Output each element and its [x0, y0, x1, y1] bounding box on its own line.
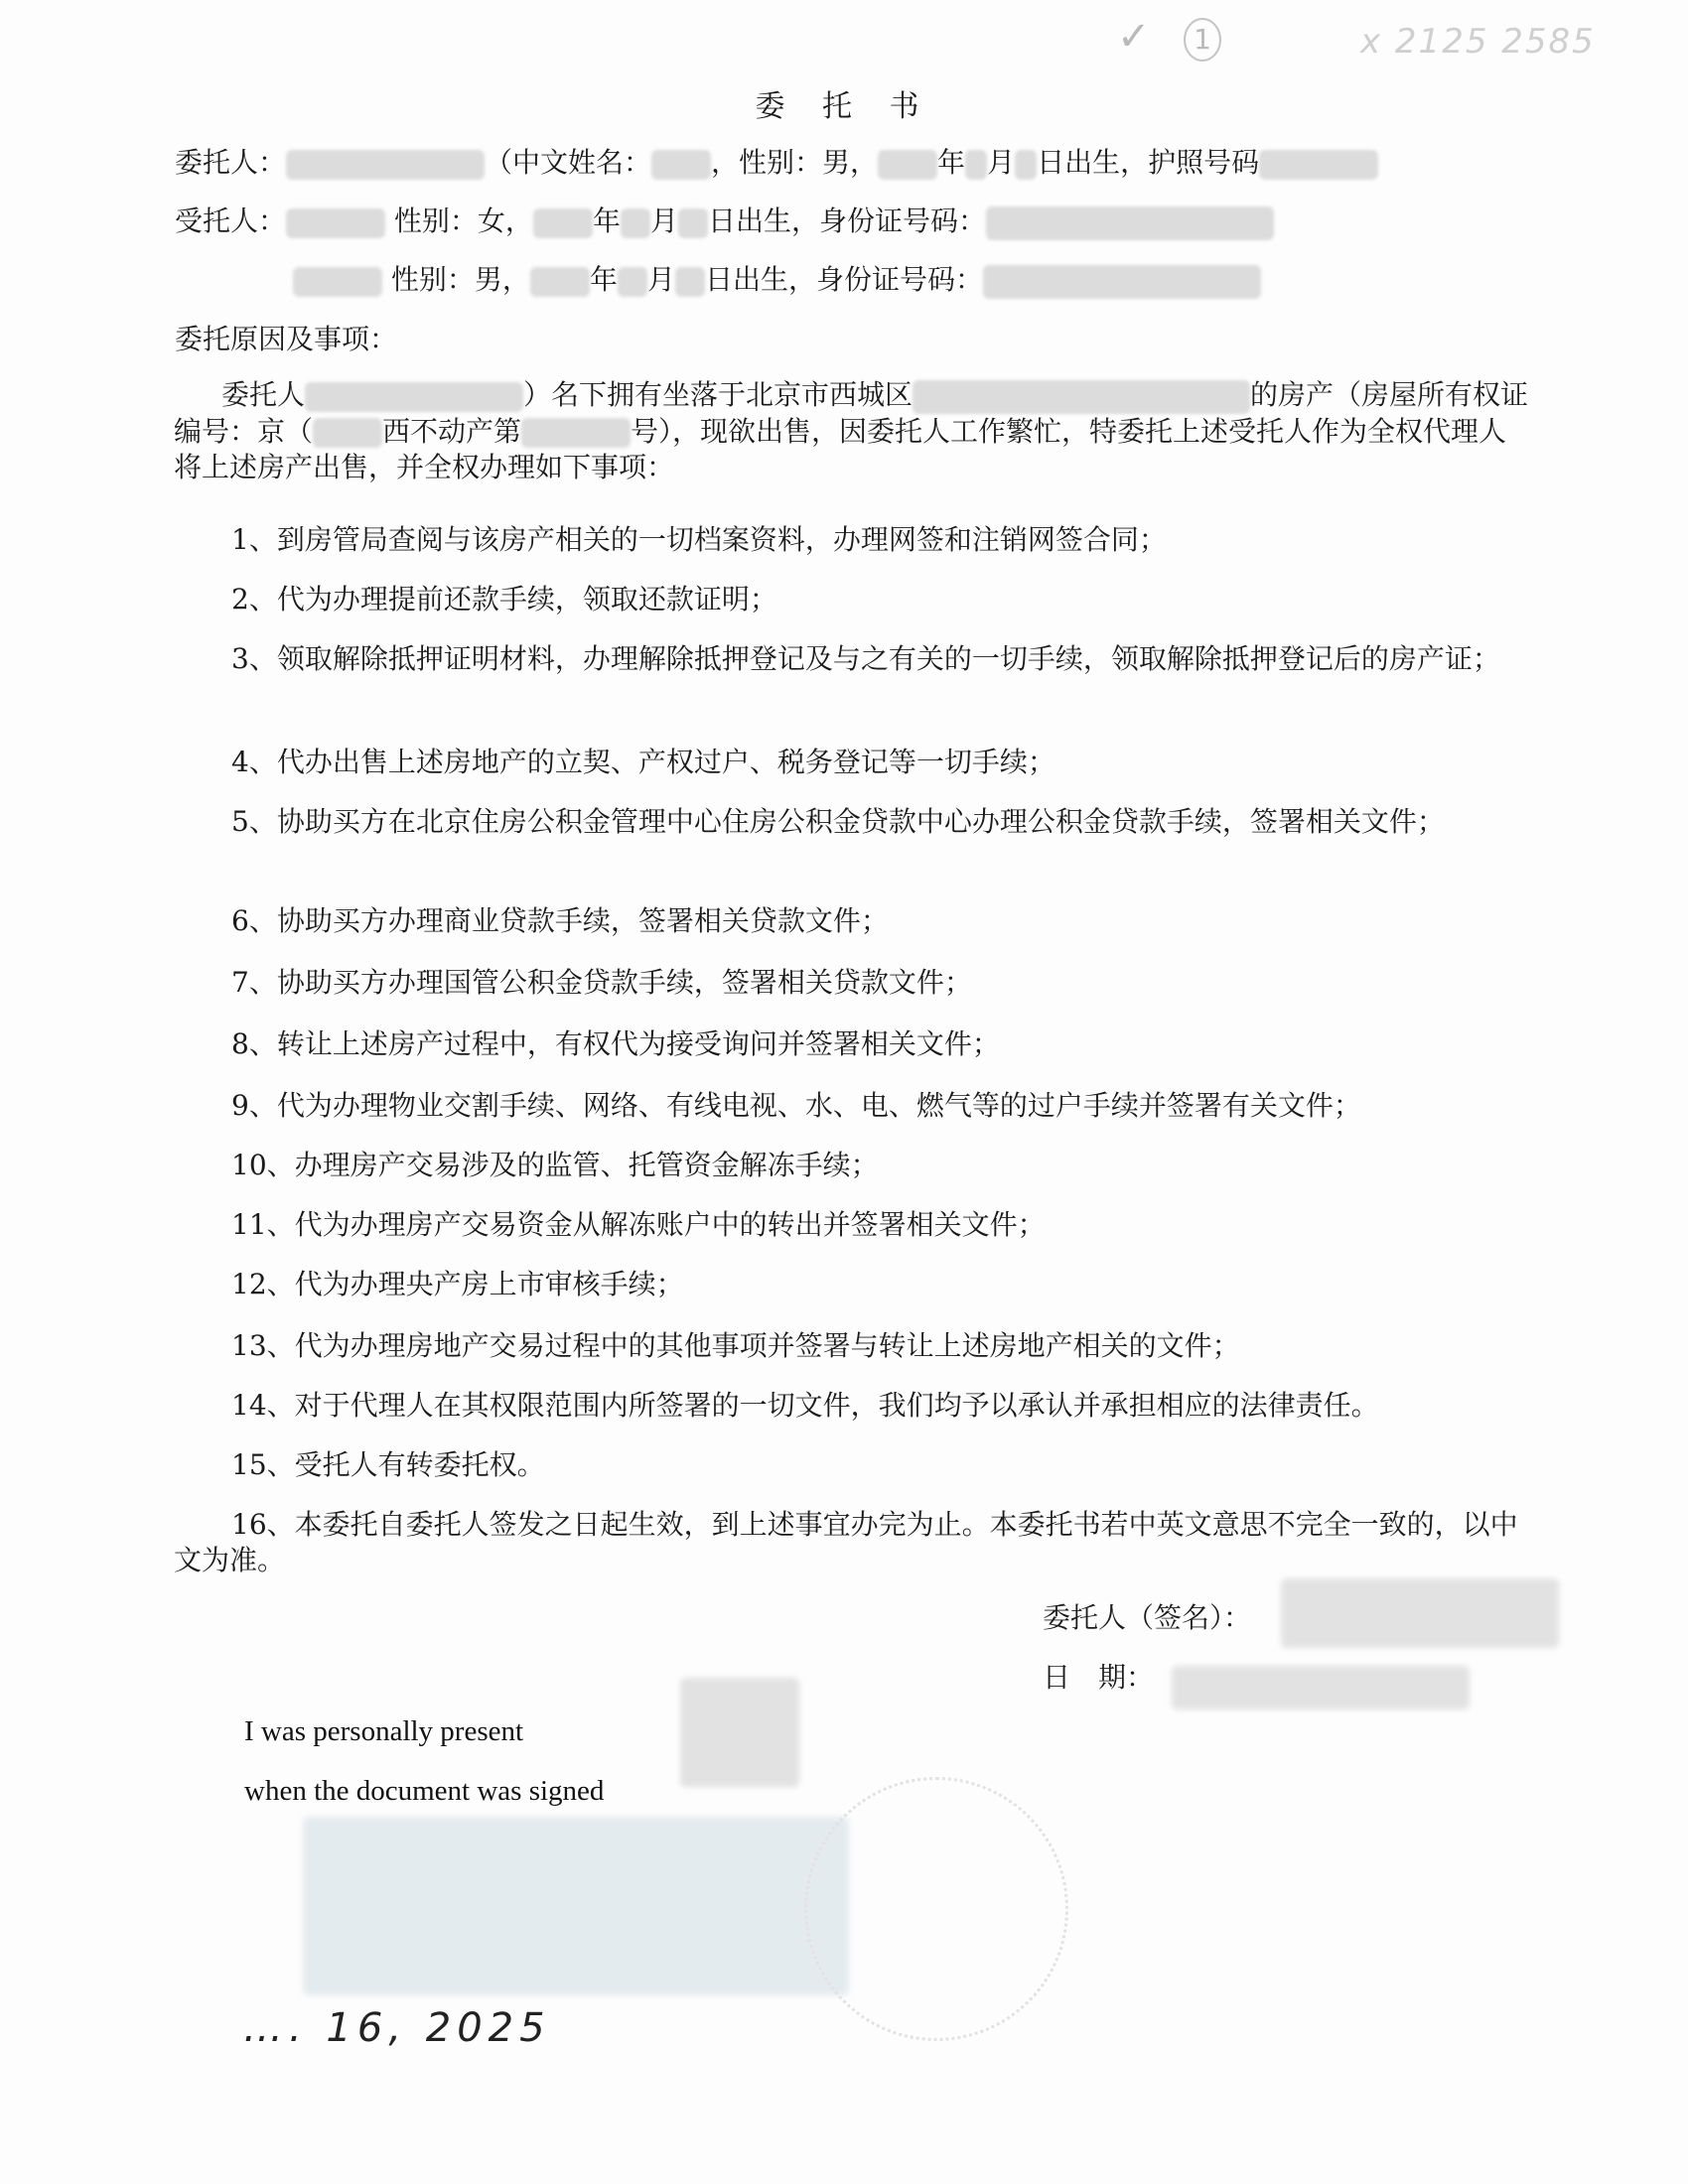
redacted-birth-year	[878, 150, 937, 180]
handwritten-check-mark: ✓	[1117, 14, 1151, 60]
agent1-line: 受托人： 性别：女，年月日出生，身份证号码：	[175, 204, 1274, 240]
list-item: 2、代为办理提前还款手续，领取还款证明；	[174, 582, 1534, 617]
redacted-birth-month	[965, 150, 987, 180]
principal-gender: ，性别：男，	[711, 146, 878, 179]
agent1-month-label: 月	[650, 205, 678, 237]
redacted-sign-date	[1172, 1666, 1470, 1709]
redacted-property-address	[913, 380, 1250, 414]
signer-label: 委托人（签名）：	[1043, 1600, 1251, 1636]
list-item: 10、办理房产交易涉及的监管、托管资金解冻手续；	[174, 1148, 1534, 1183]
redacted-principal-name	[286, 150, 485, 180]
list-item: 7、协助买方办理国管公积金贷款手续，签署相关贷款文件；	[174, 965, 1534, 1001]
agent2-month-label: 月	[647, 263, 675, 296]
redacted-agent1-month	[621, 208, 650, 238]
redacted-birth-day	[1015, 150, 1037, 180]
principal-year-label: 年	[937, 146, 965, 179]
redacted-principal-name-intro	[305, 382, 523, 412]
redacted-agent2-id	[983, 265, 1261, 299]
handwritten-notary-date: …. 16, 2025	[243, 2005, 551, 2051]
embossed-seal	[804, 1777, 1068, 2041]
list-item: 6、协助买方办理商业贷款手续，签署相关贷款文件；	[174, 903, 1534, 939]
notary-statement-line2: when the document was signed	[244, 1775, 604, 1808]
list-item: 1、到房管局查阅与该房产相关的一切档案资料，办理网签和注销网签合同；	[174, 522, 1534, 558]
redacted-notary-signature	[680, 1678, 799, 1787]
redacted-agent2-name	[293, 267, 382, 297]
redacted-notary-seal	[303, 1817, 849, 1995]
agent2-line: 性别：男，年月日出生，身份证号码：	[293, 262, 1261, 299]
intro-part4: 西不动产第	[382, 415, 521, 448]
principal-label: 委托人：	[175, 146, 286, 179]
list-item: 11、代为办理房产交易资金从解冻账户中的转出并签署相关文件；	[174, 1207, 1534, 1243]
list-item: 15、受托人有转委托权。	[174, 1447, 1534, 1483]
list-item: 9、代为办理物业交割手续、网络、有线电视、水、电、燃气等的过户手续并签署有关文件…	[174, 1088, 1534, 1124]
redacted-cert-year	[313, 418, 382, 448]
redacted-agent2-month	[618, 267, 647, 297]
redacted-cn-name	[651, 150, 711, 180]
section-heading: 委托原因及事项：	[175, 322, 397, 357]
agent1-gender: 性别：女，	[394, 205, 533, 237]
agent2-year-label: 年	[590, 263, 618, 296]
intro-part1: 委托人	[221, 378, 305, 411]
agent1-birth-label: 日出生，身份证号码：	[708, 205, 986, 237]
principal-birth-label: 日出生，护照号码	[1037, 146, 1259, 179]
list-item: 8、转让上述房产过程中，有权代为接受询问并签署相关文件；	[174, 1026, 1534, 1062]
redacted-agent1-day	[678, 208, 708, 238]
redacted-agent2-day	[675, 267, 705, 297]
redacted-agent1-id	[986, 206, 1274, 240]
agent1-year-label: 年	[593, 205, 621, 237]
redacted-signature	[1281, 1578, 1559, 1648]
intro-part2: ）名下拥有坐落于北京市西城区	[523, 378, 913, 411]
list-item: 5、协助买方在北京住房公积金管理中心住房公积金贷款中心办理公积金贷款手续，签署相…	[174, 804, 1534, 840]
notary-statement-line1: I was personally present	[244, 1715, 523, 1748]
agent-label: 受托人：	[175, 205, 286, 237]
list-item: 4、代办出售上述房地产的立契、产权过户、税务登记等一切手续；	[174, 745, 1534, 780]
handwritten-circled-number: 1	[1184, 18, 1221, 62]
redacted-agent1-year	[533, 208, 593, 238]
list-item: 13、代为办理房地产交易过程中的其他事项并签署与转让上述房地产相关的文件；	[174, 1328, 1534, 1364]
principal-month-label: 月	[987, 146, 1015, 179]
agent2-gender: 性别：男，	[391, 263, 530, 296]
document-title: 委 托 书	[0, 81, 1688, 125]
list-item: 12、代为办理央产房上市审核手续；	[174, 1267, 1534, 1302]
date-label: 日 期：	[1043, 1660, 1154, 1696]
list-item: 3、领取解除抵押证明材料，办理解除抵押登记及与之有关的一切手续，领取解除抵押登记…	[174, 641, 1534, 677]
redacted-agent1-name	[286, 208, 385, 238]
redacted-agent2-year	[530, 267, 590, 297]
redacted-passport-number	[1259, 150, 1378, 180]
handwritten-reference-number: x 2125 2585	[1360, 22, 1596, 62]
principal-line: 委托人：（中文姓名：，性别：男，年月日出生，护照号码	[175, 145, 1378, 181]
principal-cn-name-label: （中文姓名：	[485, 146, 651, 179]
redacted-cert-number	[521, 418, 631, 448]
agent2-birth-label: 日出生，身份证号码：	[705, 263, 983, 296]
list-item: 14、对于代理人在其权限范围内所签署的一切文件，我们均予以承认并承担相应的法律责…	[174, 1388, 1534, 1424]
intro-paragraph: 委托人）名下拥有坐落于北京市西城区的房产（房屋所有权证编号：京（西不动产第号），…	[174, 377, 1534, 485]
list-item: 16、本委托自委托人签发之日起生效，到上述事宜办完为止。本委托书若中英文意思不完…	[174, 1507, 1534, 1578]
